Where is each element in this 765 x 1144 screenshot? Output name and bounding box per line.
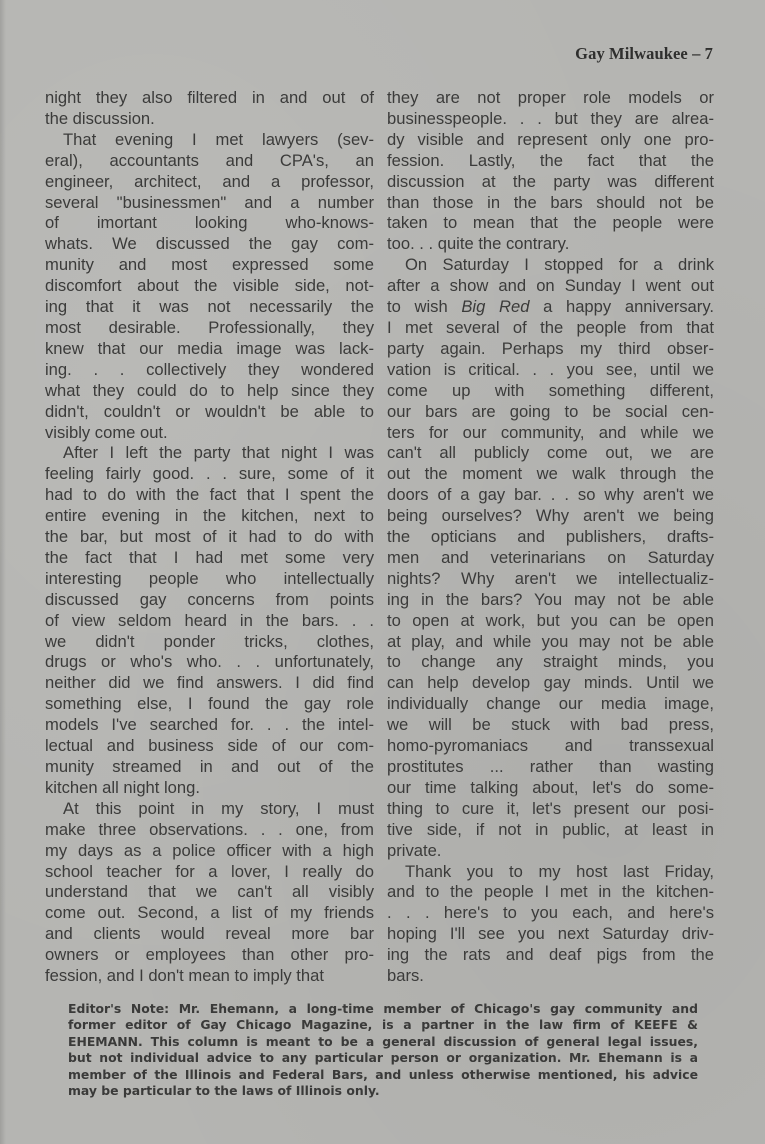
- editor-note-line: Editor's Note: Mr. Ehemann, a long-time …: [68, 1001, 698, 1017]
- text-line: make three observations. . . one, from: [45, 820, 374, 841]
- paragraph: On Saturday I stopped for a drinkafter a…: [387, 255, 714, 861]
- paragraph: That evening I met lawyers (sev-eral), a…: [45, 130, 374, 444]
- editor-note-line: member of the Illinois and Federal Bars,…: [68, 1067, 698, 1083]
- text-line: owners or employees than other pro-: [45, 945, 374, 966]
- text-line: of view seldom heard in the bars. . .: [45, 611, 374, 632]
- text-line: eral), accountants and CPA's, an: [45, 151, 374, 172]
- right-column: they are not proper role models orbusine…: [387, 88, 714, 987]
- text-line: . . . here's to you each, and here's: [387, 903, 714, 924]
- text-line: school teacher for a lover, I really do: [45, 862, 374, 883]
- text-line: discussed gay concerns from points: [45, 590, 374, 611]
- text-line: we didn't ponder tricks, clothes,: [45, 632, 374, 653]
- text-line: party again. Perhaps my third obser-: [387, 339, 714, 360]
- text-line: several "businessmen" and a number: [45, 193, 374, 214]
- text-line: vation is critical. . . you see, until w…: [387, 360, 714, 381]
- running-head: Gay Milwaukee – 7: [575, 44, 713, 64]
- text-line: the fact that I had met some very: [45, 548, 374, 569]
- paragraph: night they also filtered in and out ofth…: [45, 88, 374, 130]
- editor-note: Editor's Note: Mr. Ehemann, a long-time …: [68, 1001, 698, 1099]
- text-line: private.: [387, 841, 714, 862]
- text-line: being ourselves? Why aren't we being: [387, 506, 714, 527]
- text-line: businesspeople. . . but they are alrea-: [387, 109, 714, 130]
- text-line: something else, I found the gay role: [45, 694, 374, 715]
- text-line: ters for our community, and while we: [387, 423, 714, 444]
- text-line: whats. We discussed the gay com-: [45, 234, 374, 255]
- text-line: taken to mean that the people were: [387, 213, 714, 234]
- text-line: out the moment we walk through the: [387, 464, 714, 485]
- text-line: can help develop gay minds. Until we: [387, 673, 714, 694]
- text-line: discussion at the party was different: [387, 172, 714, 193]
- paragraph: After I left the party that night I wasf…: [45, 443, 374, 798]
- text-line: homo-pyromaniacs and transsexual: [387, 736, 714, 757]
- text-line: night they also filtered in and out of: [45, 88, 374, 109]
- text-line: munity and most expressed some: [45, 255, 374, 276]
- text-line: to open at work, but you can be open: [387, 611, 714, 632]
- text-line: At this point in my story, I must: [45, 799, 374, 820]
- text-line: fession. Lastly, the fact that the: [387, 151, 714, 172]
- text-line: fession, and I don't mean to imply that: [45, 966, 374, 987]
- text-line: come out. Second, a list of my friends: [45, 903, 374, 924]
- text-line: feeling fairly good. . . sure, some of i…: [45, 464, 374, 485]
- text-line: men and veterinarians on Saturday: [387, 548, 714, 569]
- text-line: than those in the bars should not be: [387, 193, 714, 214]
- text-line: didn't, couldn't or wouldn't be able to: [45, 402, 374, 423]
- italic-title: Big Red: [461, 297, 529, 316]
- page-binding-shadow: [0, 0, 6, 1144]
- text-line: at play, and while you may not be able: [387, 632, 714, 653]
- text-line: we will be stuck with bad press,: [387, 715, 714, 736]
- paragraph: Thank you to my host last Friday,and to …: [387, 862, 714, 987]
- text-line: the bar, but most of it had to do with: [45, 527, 374, 548]
- text-line: Thank you to my host last Friday,: [387, 862, 714, 883]
- text-line: and to the people I met in the kitchen-: [387, 882, 714, 903]
- text-line: munity streamed in and out of the: [45, 757, 374, 778]
- text-line: can't all publicly come out, we are: [387, 443, 714, 464]
- text-line: engineer, architect, and a professor,: [45, 172, 374, 193]
- text-line: drugs or who's who. . . unfortunately,: [45, 652, 374, 673]
- text-line: entire evening in the kitchen, next to: [45, 506, 374, 527]
- text-line: neither did we find answers. I did find: [45, 673, 374, 694]
- text-line: ing in the bars? You may not be able: [387, 590, 714, 611]
- text-line: of imortant looking who-knows-: [45, 213, 374, 234]
- text-line: visibly come out.: [45, 423, 374, 444]
- text-line: thing to cure it, let's present our posi…: [387, 799, 714, 820]
- text-line: our bars are going to be social cen-: [387, 402, 714, 423]
- text-line: my days as a police officer with a high: [45, 841, 374, 862]
- text-line: our time talking about, let's do some-: [387, 778, 714, 799]
- editor-note-line: former editor of Gay Chicago Magazine, i…: [68, 1017, 698, 1033]
- text-line: I met several of the people from that: [387, 318, 714, 339]
- text-line: knew that our media image was lack-: [45, 339, 374, 360]
- text-line: what they could do to help since they: [45, 381, 374, 402]
- left-column: night they also filtered in and out ofth…: [45, 88, 374, 987]
- text-line: nights? Why aren't we intellectualiz-: [387, 569, 714, 590]
- text-line: That evening I met lawyers (sev-: [45, 130, 374, 151]
- text-line: the discussion.: [45, 109, 374, 130]
- text-line: lectual and business side of our com-: [45, 736, 374, 757]
- text-line: to change any straight minds, you: [387, 652, 714, 673]
- editor-note-line: EHEMANN. This column is meant to be a ge…: [68, 1034, 698, 1050]
- text-line: After I left the party that night I was: [45, 443, 374, 464]
- text-line: prostitutes ... rather than wasting: [387, 757, 714, 778]
- paragraph: At this point in my story, I mustmake th…: [45, 799, 374, 987]
- text-line: models I've searched for. . . the intel-: [45, 715, 374, 736]
- text-line: ing the rats and deaf pigs from the: [387, 945, 714, 966]
- text-line: interesting people who intellectually: [45, 569, 374, 590]
- text-line: come up with something different,: [387, 381, 714, 402]
- editor-note-line: may be particular to the laws of Illinoi…: [68, 1083, 698, 1099]
- text-line: tive side, if not in public, at least in: [387, 820, 714, 841]
- text-line: kitchen all night long.: [45, 778, 374, 799]
- magazine-page: Gay Milwaukee – 7 night they also filter…: [0, 0, 765, 1144]
- text-line: the opticians and publishers, drafts-: [387, 527, 714, 548]
- text-line: and clients would reveal more bar: [45, 924, 374, 945]
- text-line: doors of a gay bar. . . so why aren't we: [387, 485, 714, 506]
- text-line: individually change our media image,: [387, 694, 714, 715]
- text-line: bars.: [387, 966, 714, 987]
- text-line: to wish Big Red a happy anniversary.: [387, 297, 714, 318]
- text-line: they are not proper role models or: [387, 88, 714, 109]
- editor-note-line: but not individual advice to any particu…: [68, 1050, 698, 1066]
- text-line: most desirable. Professionally, they: [45, 318, 374, 339]
- text-line: understand that we can't all visibly: [45, 882, 374, 903]
- text-line: hoping I'll see you next Saturday driv-: [387, 924, 714, 945]
- text-line: ing. . . collectively they wondered: [45, 360, 374, 381]
- text-line: had to do with the fact that I spent the: [45, 485, 374, 506]
- text-line: too. . . quite the contrary.: [387, 234, 714, 255]
- text-line: after a show and on Sunday I went out: [387, 276, 714, 297]
- text-line: discomfort about the visible side, not-: [45, 276, 374, 297]
- text-line: ing that it was not necessarily the: [45, 297, 374, 318]
- text-line: On Saturday I stopped for a drink: [387, 255, 714, 276]
- text-line: dy visible and represent only one pro-: [387, 130, 714, 151]
- paragraph: they are not proper role models orbusine…: [387, 88, 714, 255]
